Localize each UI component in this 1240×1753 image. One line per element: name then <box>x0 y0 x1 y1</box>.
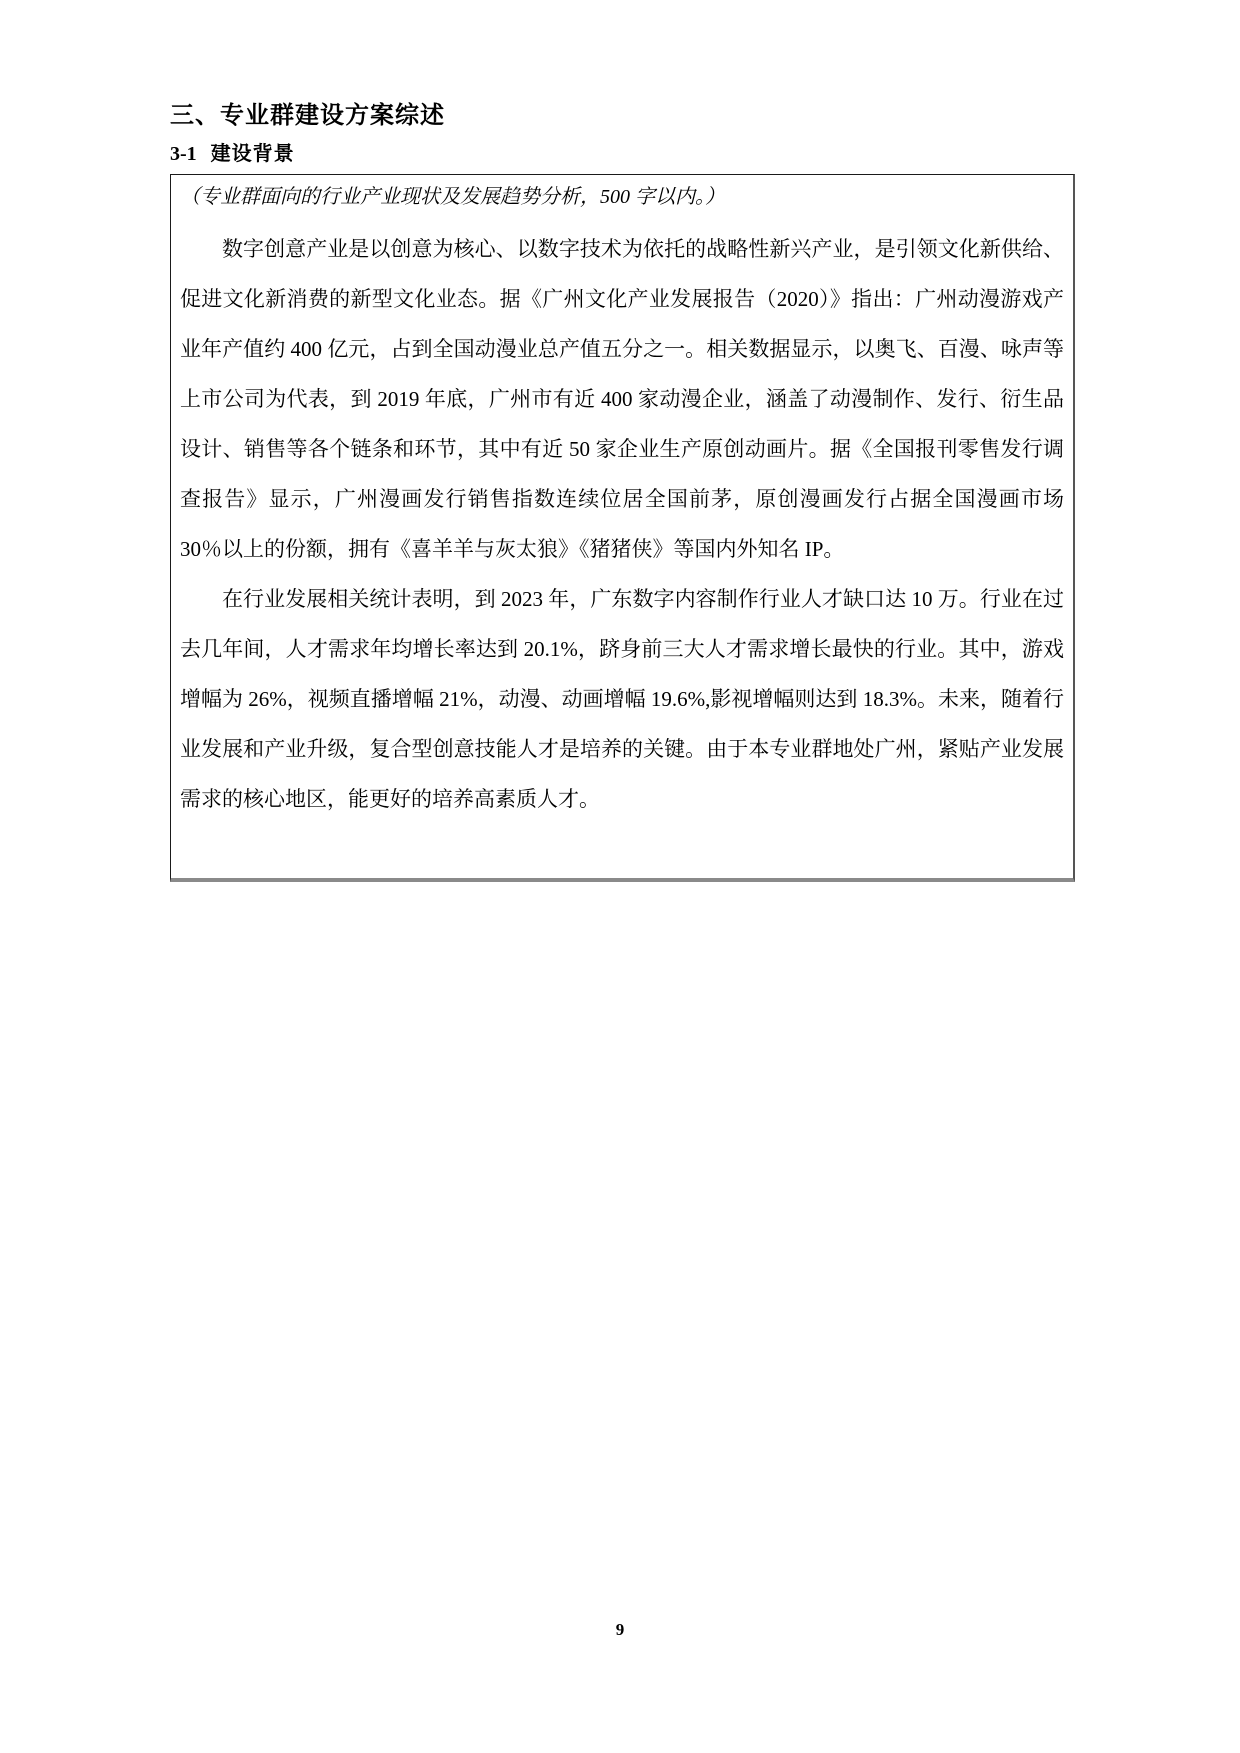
section-heading: 三、专业群建设方案综述 <box>170 100 1075 131</box>
subsection-title: 建设背景 <box>211 143 295 165</box>
page-number: 9 <box>0 1620 1240 1640</box>
subsection-number: 3-1 <box>170 143 197 165</box>
hint-text: （专业群面向的行业产业现状及发展趋势分析，500 字以内。） <box>180 180 1064 214</box>
paragraph-industry-overview: 数字创意产业是以创意为核心、以数字技术为依托的战略性新兴产业，是引领文化新供给、… <box>180 224 1064 574</box>
subsection-heading: 3-1建设背景 <box>170 141 1075 167</box>
content-box: （专业群面向的行业产业现状及发展趋势分析，500 字以内。） 数字创意产业是以创… <box>170 174 1075 882</box>
document-page: 三、专业群建设方案综述 3-1建设背景 （专业群面向的行业产业现状及发展趋势分析… <box>0 0 1240 1753</box>
paragraph-talent-demand: 在行业发展相关统计表明，到 2023 年，广东数字内容制作行业人才缺口达 10 … <box>180 574 1064 824</box>
